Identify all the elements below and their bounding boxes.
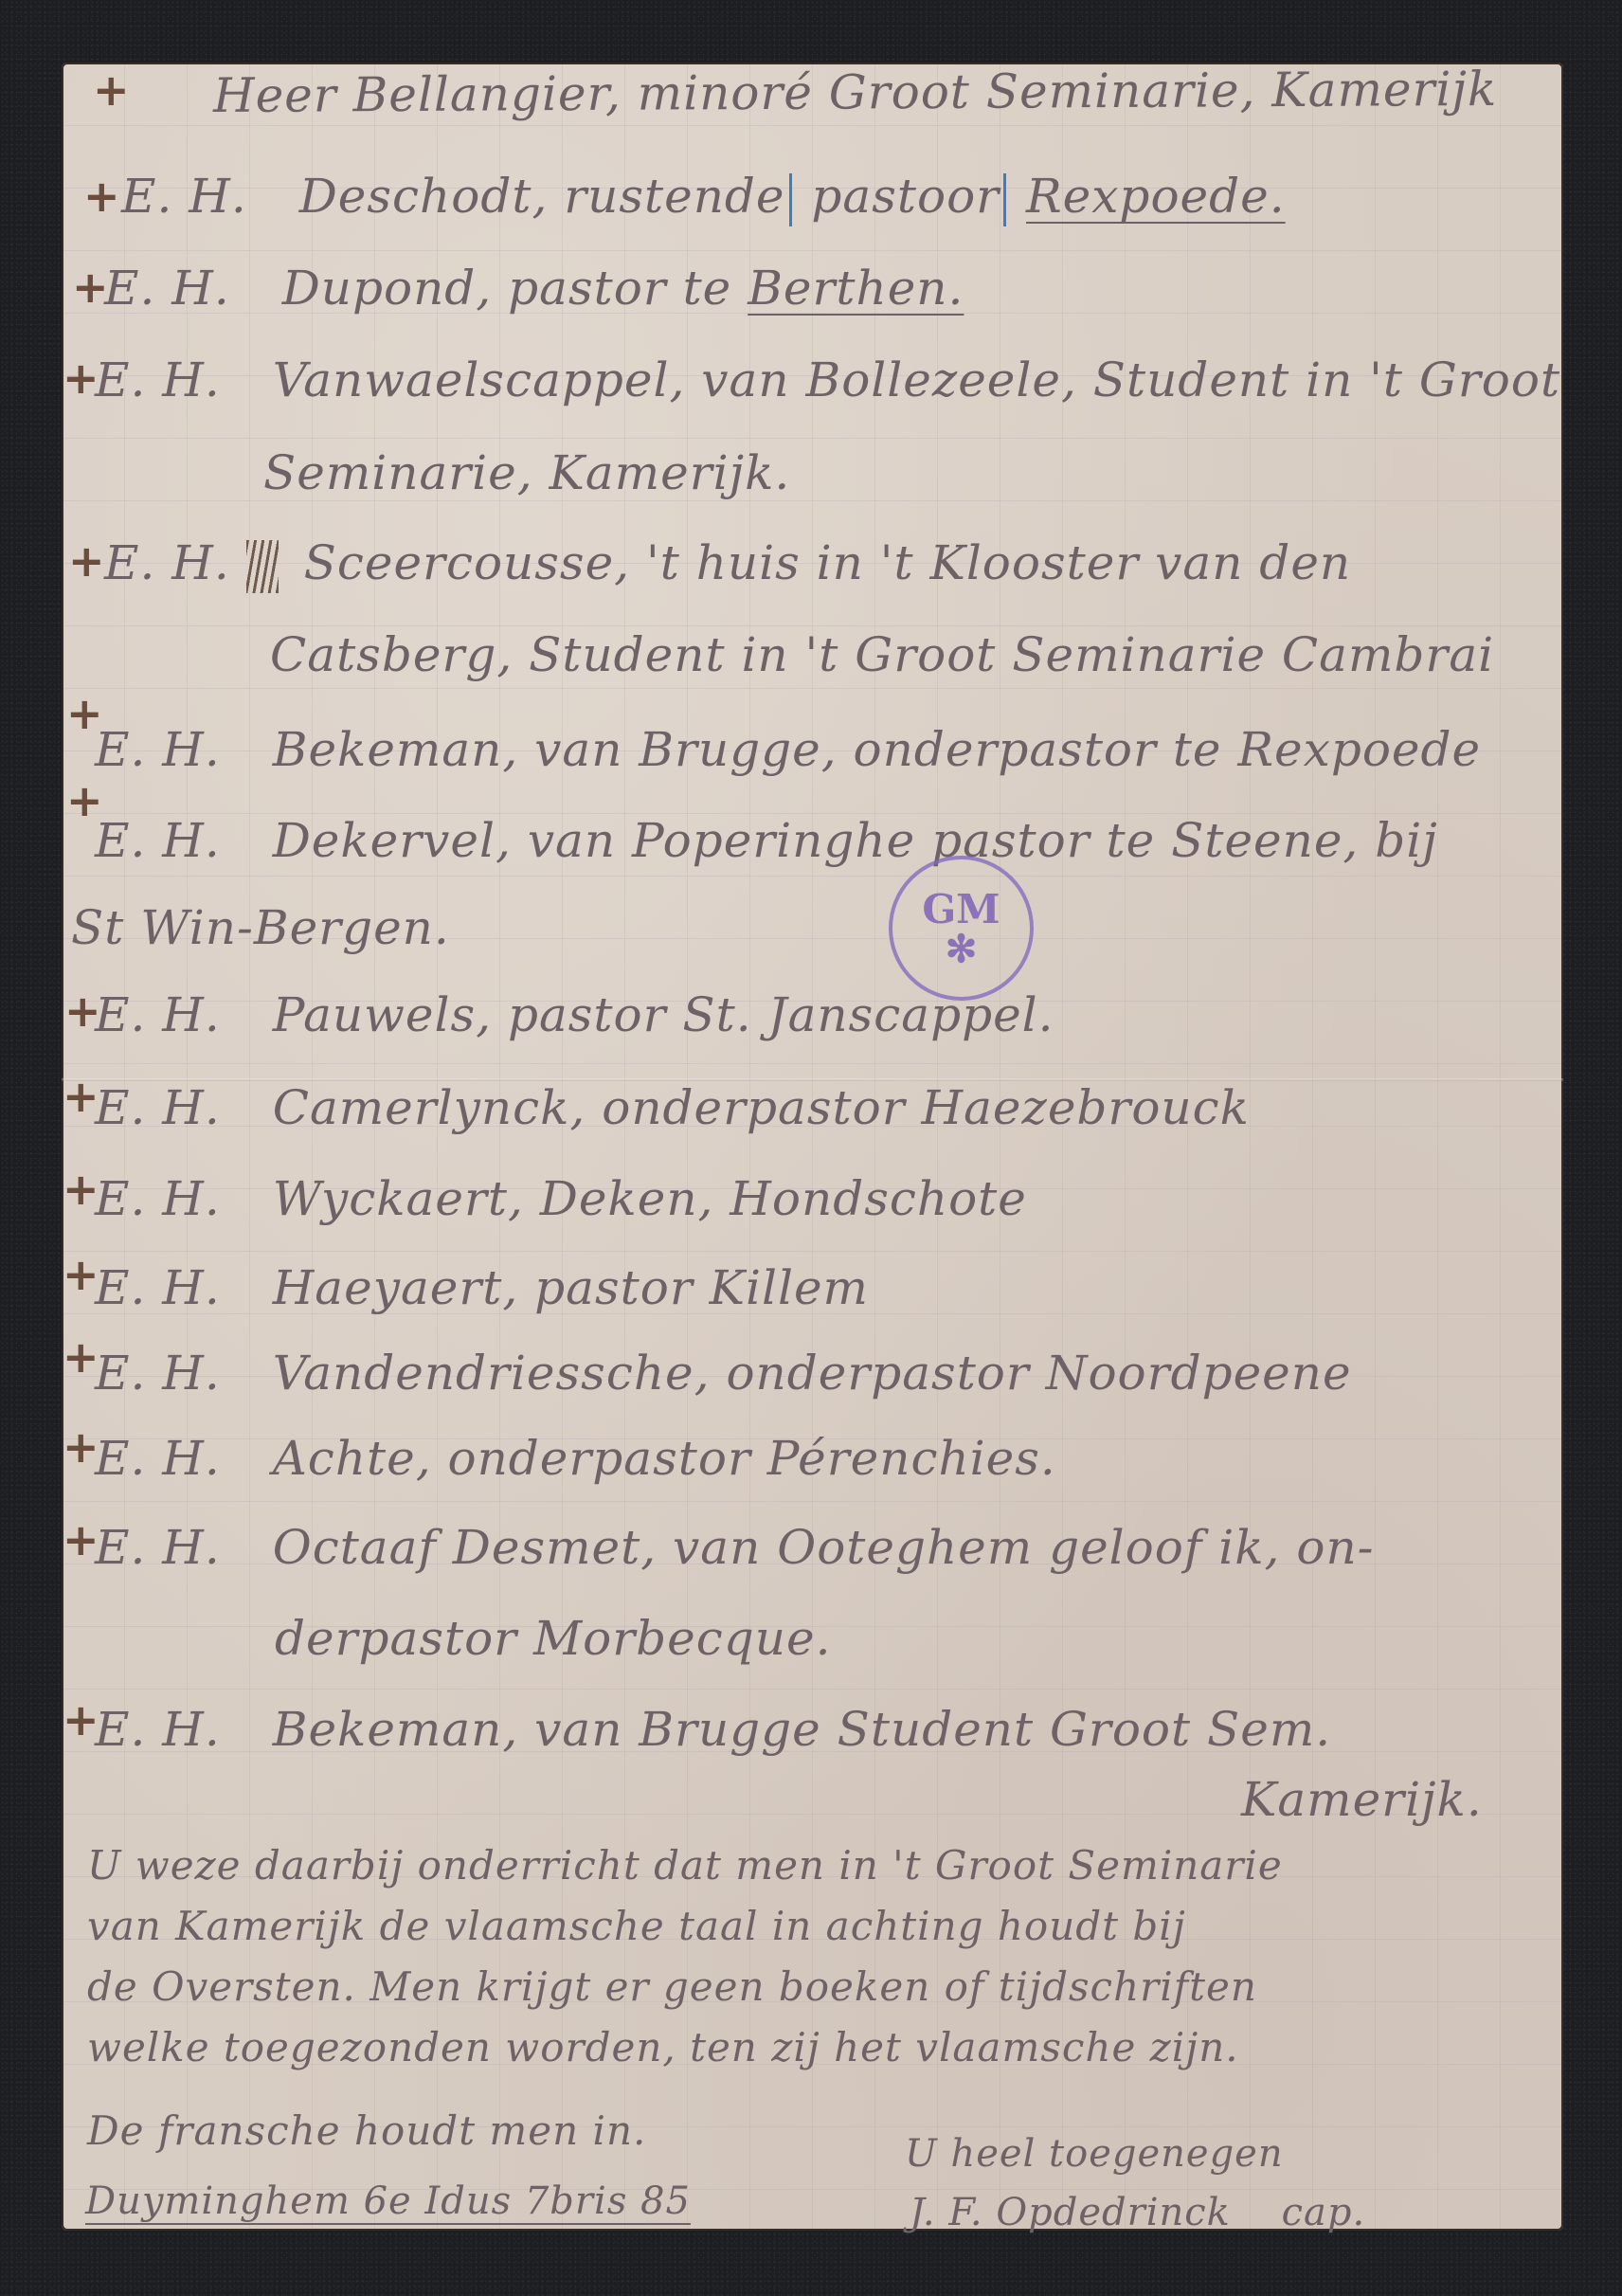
entry-name: Vandendriessche, <box>273 1346 711 1401</box>
entry-title-prefix: E. H. <box>95 987 221 1042</box>
cross-mark: + <box>63 1421 99 1473</box>
entry-name: Achte, <box>273 1431 432 1486</box>
entry-line: E. H. Dekervel, van Poperinghe pastor te… <box>95 813 1438 868</box>
entry-title-prefix: E. H. <box>104 261 230 316</box>
entry-continuation: Kamerijk. <box>1241 1772 1483 1827</box>
closing-salutation: U heel toegenegen <box>905 2132 1284 2176</box>
entry-title-prefix: E. H. <box>95 1171 221 1226</box>
signature-name: J. F. Opdedrinck <box>910 2191 1231 2234</box>
entry-line: E. H. Vanwaelscappel, van Bollezeele, St… <box>95 353 1560 407</box>
entry-line: E. H. Deschodt, rustende pastoor Rexpoed… <box>121 169 1286 226</box>
entry-place: Berthen. <box>748 261 964 316</box>
entry-title-prefix: E. H. <box>95 353 221 407</box>
entry-line: E. H. Achte, onderpastor Pérenchies. <box>95 1431 1056 1486</box>
library-stamp: GM ✻ <box>889 856 1034 1001</box>
paragraph-line: welke toegezonden worden, ten zij het vl… <box>87 2024 1239 2070</box>
entry-line: E. H. Wyckaert, Deken, Hondschote <box>95 1171 1027 1226</box>
entry-detail: rustende <box>564 169 784 224</box>
entry-title-prefix: E. H. <box>95 1260 221 1315</box>
entry-detail: Deken, Hondschote <box>540 1171 1027 1226</box>
entry-title-prefix: E. H. <box>95 722 221 777</box>
cross-mark: + <box>68 535 105 587</box>
entry-continuation: derpastor Morbecque. <box>275 1611 831 1666</box>
entry-name: Vanwaelscappel, <box>273 353 686 407</box>
entry-detail: minoré Groot Seminarie, Kamerijk <box>638 62 1498 121</box>
entry-name: Dupond, <box>282 261 493 316</box>
entry-place: Rexpoede. <box>1026 169 1286 224</box>
entry-title-prefix: E. H. <box>95 1520 221 1575</box>
entry-name: Camerlynck, <box>273 1080 586 1135</box>
paragraph-line: de Oversten. Men krijgt er geen boeken o… <box>87 1963 1257 2010</box>
entry-line: E. H. Vandendriessche, onderpastor Noord… <box>95 1346 1352 1401</box>
entry-detail: 't huis in 't Klooster van den <box>646 535 1351 590</box>
paragraph-line: van Kamerijk de vlaamsche taal in achtin… <box>87 1903 1186 1949</box>
entry-name: Haeyaert, <box>273 1260 519 1315</box>
entry-title-prefix: E. H. <box>95 1431 221 1486</box>
paragraph-line: U weze daarbij onderricht dat men in 't … <box>87 1842 1283 1889</box>
signature-suffix: cap. <box>1282 2191 1366 2234</box>
entry-detail: van Brugge, onderpastor te Rexpoede <box>534 722 1481 777</box>
paragraph-line: De fransche houdt men in. <box>87 2107 646 2154</box>
entry-line: E. H. Haeyaert, pastor Killem <box>95 1260 869 1315</box>
entry-line: E. H. Bekeman, van Brugge Student Groot … <box>95 1702 1331 1757</box>
cross-mark: + <box>63 1331 99 1383</box>
entry-detail: van Ooteghem geloof ik, on- <box>673 1520 1375 1575</box>
entry-name: Bekeman, <box>273 722 519 777</box>
entry-line: E. H. Octaaf Desmet, van Ooteghem geloof… <box>95 1520 1375 1575</box>
place-and-date: Duyminghem 6e Idus 7bris 85 <box>85 2179 691 2223</box>
bee-icon: ✻ <box>946 927 978 971</box>
entry-detail: van Brugge Student Groot Sem. <box>534 1702 1331 1757</box>
entry-name: Wyckaert, <box>273 1171 524 1226</box>
blue-pencil-mark <box>1003 173 1006 226</box>
entry-detail: pastor te <box>508 261 731 316</box>
entry-title-prefix: E. H. <box>95 813 221 868</box>
cross-mark: + <box>93 64 130 116</box>
cross-mark: + <box>63 1164 99 1215</box>
crossed-out-scribble <box>246 540 279 593</box>
entry-line: E. H. Pauwels, pastor St. Janscappel. <box>95 987 1054 1042</box>
cross-mark: + <box>63 1071 99 1122</box>
cross-mark: + <box>63 1249 99 1300</box>
cross-mark: + <box>83 171 120 222</box>
cross-mark: + <box>63 1694 99 1745</box>
entry-title-prefix: E. H. <box>104 535 230 590</box>
entry-continuation: Seminarie, Kamerijk. <box>263 445 790 500</box>
entry-detail: onderpastor Noordpeene <box>726 1346 1351 1401</box>
entry-continuation: Catsberg, Student in 't Groot Seminarie … <box>270 627 1494 682</box>
cross-mark: + <box>72 262 109 313</box>
blue-pencil-mark <box>789 173 792 226</box>
entry-detail: pastoor <box>811 169 1000 224</box>
stamp-monogram: GM <box>922 886 1000 932</box>
signature: J. F. Opdedrinck cap. <box>910 2191 1365 2234</box>
entry-line: E. H. Dupond, pastor te Berthen. <box>104 261 964 316</box>
entry-line: E. H. Sceercousse, 't huis in 't Klooste… <box>104 535 1351 593</box>
entry-name: Dekervel, <box>273 813 512 868</box>
entry-title-prefix: E. H. <box>121 169 247 224</box>
entry-line: E. H. Camerlynck, onderpastor Haezebrouc… <box>95 1080 1250 1135</box>
cross-mark: + <box>63 353 99 404</box>
entry-title-prefix: E. H. <box>95 1702 221 1757</box>
cross-mark: + <box>63 1514 99 1565</box>
entry-name: Heer Bellangier, <box>213 66 622 123</box>
entry-title-prefix: E. H. <box>95 1080 221 1135</box>
entry-name: Bekeman, <box>273 1702 519 1757</box>
entry-line: E. H. Bekeman, van Brugge, onderpastor t… <box>95 722 1481 777</box>
entry-name: Deschodt, <box>299 169 549 224</box>
entry-continuation: St Win-Bergen. <box>71 900 450 955</box>
entry-title-prefix: E. H. <box>95 1346 221 1401</box>
entry-line: Heer Bellangier, minoré Groot Seminarie,… <box>213 62 1498 123</box>
entry-detail: onderpastor Haezebrouck <box>602 1080 1250 1135</box>
entry-detail: pastor Killem <box>534 1260 869 1315</box>
entry-name: Sceercousse, <box>304 535 630 590</box>
entry-detail: van Bollezeele, Student in 't Groot <box>701 353 1560 407</box>
entry-detail: pastor St. Janscappel. <box>508 987 1054 1042</box>
entry-detail: onderpastor Pérenchies. <box>448 1431 1056 1486</box>
entry-name: Octaaf Desmet, <box>273 1520 657 1575</box>
entry-name: Pauwels, <box>273 987 492 1042</box>
